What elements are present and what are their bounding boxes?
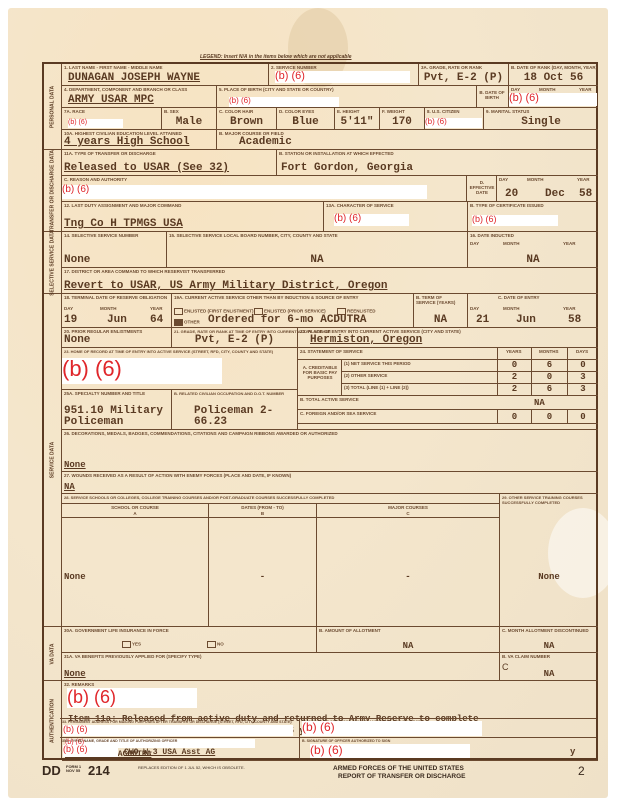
schools-header: 28. SERVICE SCHOOLS OR COLLEGES, COLLEGE… <box>62 494 500 504</box>
label-date-of-birth: b. DATE OF BIRTH <box>477 86 509 108</box>
field-place-of-birth: 5. PLACE OF BIRTH (City and State or Cou… <box>217 86 477 108</box>
field-decorations: 26. DECORATIONS, MEDALS, BADGES, COMMEND… <box>62 430 598 472</box>
redaction: (b) (6) <box>275 71 410 83</box>
field-other-training: 29. OTHER SERVICE TRAINING COURSES SUCCE… <box>500 494 598 627</box>
months-header: MONTHS <box>532 348 568 360</box>
major-value: - <box>317 518 500 627</box>
major-col-header: MAJOR COURSES c <box>317 504 500 518</box>
footer-dd: DD <box>42 763 61 778</box>
stmt-row-2-days: 3 <box>568 372 598 384</box>
field-date-of-birth: DAY MONTH YEAR (b) (6) <box>509 86 598 108</box>
foreign-days: 0 <box>568 410 598 424</box>
field-hair-color: c. COLOR HAIR Brown <box>217 108 277 130</box>
field-life-insurance: 30a. GOVERNMENT LIFE INSURANCE IN FORCE … <box>62 627 317 653</box>
field-date-inducted: 16. DATE INDUCTED DAY MONTH YEAR NA <box>468 232 598 268</box>
section-transfer-data: TRANSFER OR DISCHARGE DATA <box>44 150 62 232</box>
field-va-claim-number: b. VA CLAIM NUMBER C NA <box>500 653 598 681</box>
field-specialty: 25a. SPECIALTY NUMBER AND TITLE 951.10 M… <box>62 390 172 430</box>
field-current-service: 19a. CURRENT ACTIVE SERVICE OTHER THAN B… <box>172 294 414 328</box>
field-district: 17. DISTRICT OR AREA COMMAND TO WHICH RE… <box>62 268 598 294</box>
field-grade: 3a. GRADE, RATE OR RANK Pvt, E-2 (P) <box>419 64 509 86</box>
field-effective-date: DAY MONTH YEAR 20 Dec 58 <box>497 176 598 202</box>
foreign-months: 0 <box>532 410 568 424</box>
field-term-of-service: b. TERM OF SERVICE (Years) NA <box>414 294 468 328</box>
section-service-data: SERVICE DATA <box>44 294 62 627</box>
field-station: b. STATION OR INSTALLATION AT WHICH EFFE… <box>277 150 598 176</box>
field-service-number: 2. SERVICE NUMBER (b) (6) <box>269 64 419 86</box>
checkbox-icon <box>174 308 183 315</box>
section-va-data: VA DATA <box>44 627 62 681</box>
field-last-duty: 12. LAST DUTY ASSIGNMENT AND MAJOR COMMA… <box>62 202 324 232</box>
foreign-service-label: c. FOREIGN AND/OR SEA SERVICE <box>298 410 498 424</box>
page-number: 2 <box>578 764 585 778</box>
field-reason-authority: c. REASON AND AUTHORITY (b) (6) <box>62 176 467 202</box>
redaction: (b) (6) <box>229 97 339 107</box>
legend: LEGEND: Insert N/A in the items below wh… <box>200 54 352 60</box>
dates-col-header: DATES (From - To) b <box>209 504 317 518</box>
field-wounds: 27. WOUNDS RECEIVED AS A RESULT OF ACTIO… <box>62 472 598 494</box>
field-transfer-type: 11a. TYPE OF TRANSFER OR DISCHARGE Relea… <box>62 150 277 176</box>
section-personal-data: PERSONAL DATA <box>44 64 62 150</box>
redaction: (b) (6) <box>68 119 123 128</box>
footer-form-number: 214 <box>88 763 110 778</box>
stmt-row-3-label: (3) TOTAL (Line (1) + line (2)) <box>342 384 498 396</box>
redaction: (b) (6) <box>62 185 427 199</box>
field-ss-board: 15. SELECTIVE SERVICE LOCAL BOARD NUMBER… <box>167 232 468 268</box>
stmt-row-2-months: 0 <box>532 372 568 384</box>
statement-header: 24. STATEMENT OF SERVICE <box>298 348 498 360</box>
field-weight: f. WEIGHT 170 <box>380 108 425 130</box>
stmt-row-2-label: (2) OTHER SERVICE <box>342 372 498 384</box>
checkbox-other-checked[interactable]: OTHER <box>174 319 200 326</box>
field-sex: b. SEX Male <box>162 108 217 130</box>
field-allotment-amount: b. AMOUNT OF ALLOTMENT NA <box>317 627 500 653</box>
checkbox-icon <box>122 641 131 648</box>
statement-of-service: 24. STATEMENT OF SERVICE YEARS MONTHS DA… <box>298 348 598 430</box>
dd214-form: PERSONAL DATA TRANSFER OR DISCHARGE DATA… <box>42 62 598 760</box>
dates-value: - <box>209 518 317 627</box>
stmt-row-3-days: 3 <box>568 384 598 396</box>
footer-replaces: REPLACES EDITION OF 1 JUL 52, WHICH IS O… <box>138 765 258 770</box>
field-education: 10a. HIGHEST CIVILIAN EDUCATION LEVEL AT… <box>62 130 217 150</box>
field-certificate-type: b. TYPE OF CERTIFICATE ISSUED (b) (6) <box>468 202 598 232</box>
stmt-row-2-years: 2 <box>498 372 532 384</box>
redaction: (b) (6) <box>63 725 293 736</box>
field-ss-number: 14. SELECTIVE SERVICE NUMBER None <box>62 232 167 268</box>
field-department: 4. DEPARTMENT, COMPONENT AND BRANCH OR C… <box>62 86 217 108</box>
years-header: YEARS <box>498 348 532 360</box>
school-value: None <box>62 518 209 627</box>
field-grade-at-entry: 21. GRADE, RATE OR RANK AT TIME OF ENTRY… <box>172 328 298 348</box>
section-selective-data: SELECTIVE SERVICE DATA <box>44 232 62 294</box>
redaction: (b) (6) <box>334 214 409 226</box>
foreign-years: 0 <box>498 410 532 424</box>
field-name: 1. LAST NAME - FIRST NAME - MIDDLE NAME … <box>62 64 269 86</box>
field-marital-status: 9. MARITAL STATUS Single <box>484 108 598 130</box>
stmt-row-3-months: 6 <box>532 384 568 396</box>
field-permanent-address: 33. PERMANENT ADDRESS FOR MAILING PURPOS… <box>60 718 300 738</box>
checkbox-checked-icon <box>174 319 183 326</box>
redaction: (b) (6) <box>62 358 222 384</box>
field-home-of-record: 23. HOME OF RECORD AT TIME OF ENTRY INTO… <box>62 348 298 390</box>
redaction: (b) (6) <box>509 93 597 106</box>
field-va-benefits: 31a. VA BENEFITS PREVIOUSLY APPLIED FOR … <box>62 653 500 681</box>
footer-title-2: REPORT OF TRANSFER OR DISCHARGE <box>338 773 465 780</box>
field-civilian-occupation: b. RELATED CIVILIAN OCCUPATION AND D.O.T… <box>172 390 298 430</box>
checkbox-insurance-yes[interactable]: YES <box>122 641 141 648</box>
field-eye-color: d. COLOR EYES Blue <box>277 108 335 130</box>
field-place-of-entry: 22. PLACE OF ENTRY INTO CURRENT ACTIVE S… <box>298 328 598 348</box>
field-terminal-date: 18. TERMINAL DATE OF RESERVE OBLIGATION … <box>62 294 172 328</box>
field-prior-enlistments: 20. PRIOR REGULAR ENLISTMENTS None <box>62 328 172 348</box>
stmt-row-1-months: 6 <box>532 360 568 372</box>
field-date-of-entry: c. DATE OF ENTRY DAY MONTH YEAR 21 Jun 5… <box>468 294 598 328</box>
redaction: (b) (6) <box>67 688 197 708</box>
redaction: (b) (6) <box>425 118 482 128</box>
redaction: (b) (6) <box>63 745 118 757</box>
footer-form-small: FORM 1 NOV 55 <box>66 765 88 773</box>
field-character-of-service: 13a. CHARACTER OF SERVICE (b) (6) <box>324 202 468 232</box>
redaction: (b) (6) <box>472 215 558 226</box>
stmt-row-1-days: 0 <box>568 360 598 372</box>
label-effective-date: d. EFFECTIVE DATE <box>467 176 497 202</box>
checkbox-insurance-no[interactable]: NO <box>207 641 224 648</box>
field-us-citizen: 8. U.S. CITIZEN (b) (6) <box>425 108 484 130</box>
stmt-row-1-years: 0 <box>498 360 532 372</box>
stmt-row-1-label: (1) NET SERVICE THIS PERIOD <box>342 360 498 372</box>
field-race: 7a. RACE (b) (6) <box>62 108 162 130</box>
checkbox-checked-icon <box>207 641 216 648</box>
footer-title-1: ARMED FORCES OF THE UNITED STATES <box>333 765 464 772</box>
creditable-label: a. CREDITABLE FOR BASIC PAY PURPOSES <box>298 360 342 396</box>
field-allotment-discontinued: c. MONTH ALLOTMENT DISCONTINUED NA <box>500 627 598 653</box>
redaction: (b) (6) <box>310 744 470 758</box>
field-date-of-rank: b. DATE OF RANK (Day, Month, Year) 18 Oc… <box>509 64 598 86</box>
field-height: e. HEIGHT 5'11" <box>335 108 380 130</box>
days-header: DAYS <box>568 348 598 360</box>
stmt-row-3-years: 2 <box>498 384 532 396</box>
field-major-course: b. MAJOR COURSE OR FIELD Academic <box>217 130 598 150</box>
field-officer-signature: b. SIGNATURE OF OFFICER AUTHORIZED TO SI… <box>300 738 596 760</box>
redaction: (b) (6) <box>302 721 482 736</box>
field-signature-person: 34. SIGNATURE OF PERSON BEING TRANSFERRE… <box>300 718 596 738</box>
school-col-header: SCHOOL OR COURSE a <box>62 504 209 518</box>
field-officer-name: 35a. TYPED NAME, GRADE AND TITLE OF AUTH… <box>60 738 300 760</box>
total-active-service: b. TOTAL ACTIVE SERVICE NA <box>298 396 598 410</box>
